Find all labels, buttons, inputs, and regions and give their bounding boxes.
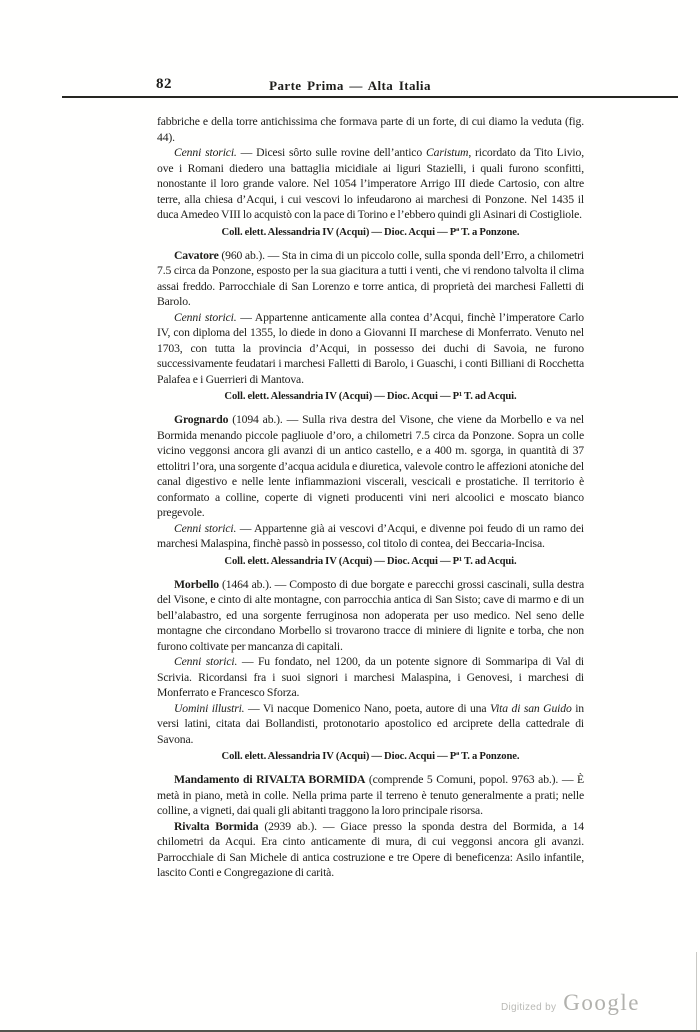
paragraph: Rivalta Bormida (2939 ab.). — Giace pres… — [157, 819, 584, 881]
italic-text: Caristum — [426, 146, 468, 159]
digitization-footer: Digitized by Google — [501, 990, 640, 1016]
entry-heading: Cavatore — [174, 249, 219, 262]
header-rule — [62, 96, 678, 98]
italic-text: Cenni storici. — [174, 655, 237, 668]
digitized-by-label: Digitized by — [501, 1002, 556, 1013]
italic-text: Cenni storici. — [174, 311, 236, 324]
google-logo: Google — [563, 990, 640, 1016]
body-text: — Dicesi sôrto sulle rovine dell’antico — [237, 146, 426, 159]
italic-text: Cenni storici. — [174, 522, 236, 535]
running-title: Parte Prima — Alta Italia — [0, 78, 700, 94]
paragraph: Cenni storici. — Dicesi sôrto sulle rovi… — [157, 145, 584, 223]
paragraph: Uomini illustri. — Vi nacque Domenico Na… — [157, 701, 584, 748]
text-column: fabbriche e della torre antichissima che… — [157, 114, 584, 881]
paragraph: fabbriche e della torre antichissima che… — [157, 114, 584, 145]
paragraph: Cenni storici. — Appartenne già ai vesco… — [157, 521, 584, 552]
electoral-college-line: Coll. elett. Alessandria IV (Acqui) — Di… — [157, 750, 584, 763]
scan-right-edge-line — [696, 952, 697, 1032]
paragraph: Cenni storici. — Appartenne anticamente … — [157, 310, 584, 388]
electoral-college-line: Coll. elett. Alessandria IV (Acqui) — Di… — [157, 555, 584, 568]
paragraph: Morbello (1464 ab.). — Composto di due b… — [157, 577, 584, 655]
paragraph: Cenni storici. — Fu fondato, nel 1200, d… — [157, 654, 584, 701]
body-text: (1464 ab.). — Composto di due borgate e … — [157, 578, 584, 653]
entry-heading: Grognardo — [174, 413, 228, 426]
paragraph: Cavatore (960 ab.). — Sta in cima di un … — [157, 248, 584, 310]
body-text: fabbriche e della torre antichissima che… — [157, 115, 584, 144]
paragraph: Mandamento di RIVALTA BORMIDA (comprende… — [157, 772, 584, 819]
italic-text: Cenni storici. — [174, 146, 237, 159]
entry-heading: Rivalta Bormida — [174, 820, 258, 833]
paragraph: Grognardo (1094 ab.). — Sulla riva destr… — [157, 412, 584, 521]
electoral-college-line: Coll. elett. Alessandria IV (Acqui) — Di… — [157, 390, 584, 403]
body-text: — Vi nacque Domenico Nano, poeta, autore… — [244, 702, 489, 715]
body-text: (960 ab.). — Sta in cima di un piccolo c… — [157, 249, 584, 309]
electoral-college-line: Coll. elett. Alessandria IV (Acqui) — Di… — [157, 226, 584, 239]
body-text: (1094 ab.). — Sulla riva destra del Viso… — [157, 413, 584, 519]
entry-heading: Morbello — [174, 578, 219, 591]
italic-text: Uomini illustri. — [174, 702, 244, 715]
italic-text: Vita di san Guido — [490, 702, 572, 715]
book-page-scan: 82 Parte Prima — Alta Italia fabbriche e… — [0, 0, 700, 1032]
entry-heading: Mandamento di RIVALTA BORMIDA — [174, 773, 365, 786]
